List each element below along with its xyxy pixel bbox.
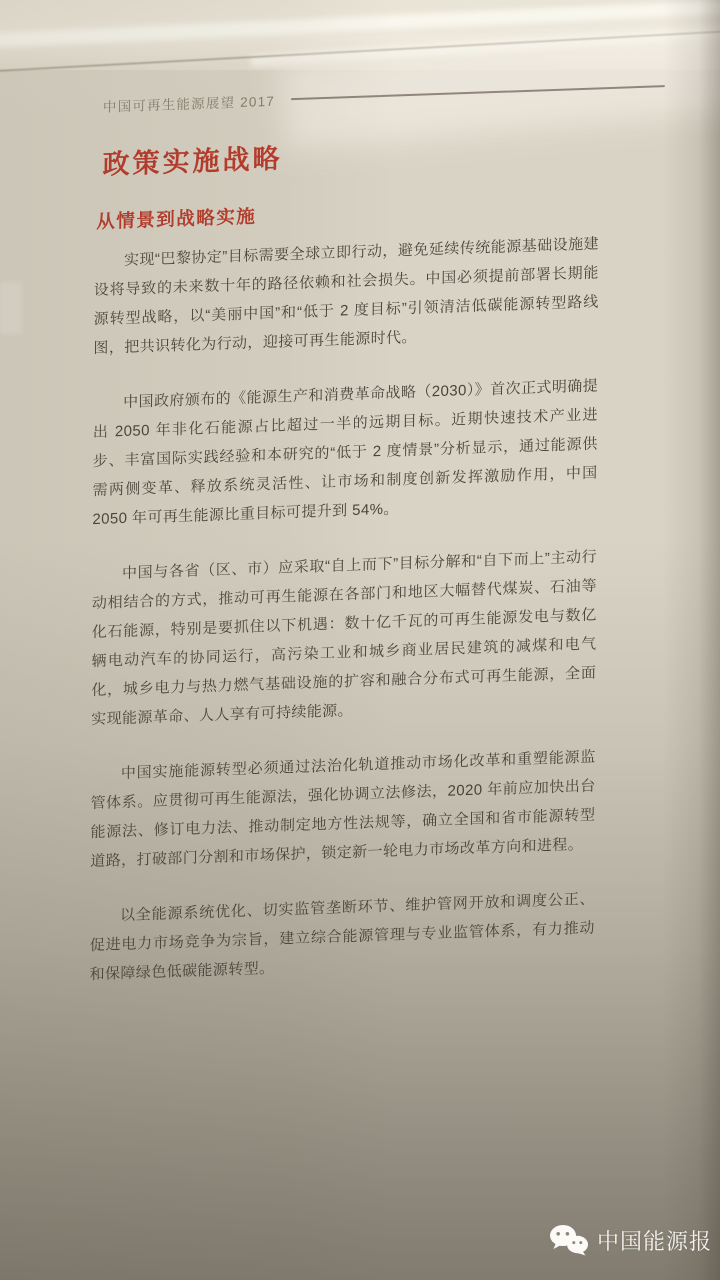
body-paragraph-4: 中国实施能源转型必须通过法治化轨道推动市场化改革和重塑能源监管体系。应贯彻可再生…	[90, 743, 596, 877]
wechat-icon	[549, 1224, 589, 1256]
body-paragraph-3: 中国与各省（区、市）应采取“自上而下”目标分解和“自下而上”主动行动相结合的方式…	[91, 542, 597, 734]
page-title: 政策实施战略	[102, 125, 599, 181]
book-page-photo: 中国可再生能源展望 2017 政策实施战略 从情景到战略实施 实现“巴黎协定”目…	[0, 0, 720, 1280]
printed-page-content: 中国可再生能源展望 2017 政策实施战略 从情景到战略实施 实现“巴黎协定”目…	[89, 78, 600, 1015]
watermark-label: 中国能源报	[597, 1225, 712, 1256]
watermark: 中国能源报	[549, 1224, 712, 1256]
body-paragraph-2: 中国政府颁布的《能源生产和消费革命战略（2030）》首次正式明确提出 2050 …	[92, 371, 598, 534]
page-edge-notch	[0, 282, 22, 334]
header-rule-line	[291, 85, 665, 100]
body-paragraph-1: 实现“巴黎协定”目标需要全球立即行动，避免延续传统能源基础设施建设将导致的未来数…	[93, 229, 599, 363]
body-paragraph-5: 以全能源系统优化、切实监管垄断环节、维护管网开放和调度公正、促进电力市场竞争为宗…	[90, 885, 596, 990]
page-number: 22	[52, 1216, 71, 1237]
section-heading: 从情景到战略实施	[96, 190, 599, 234]
running-header-text: 中国可再生能源展望 2017	[103, 90, 275, 116]
